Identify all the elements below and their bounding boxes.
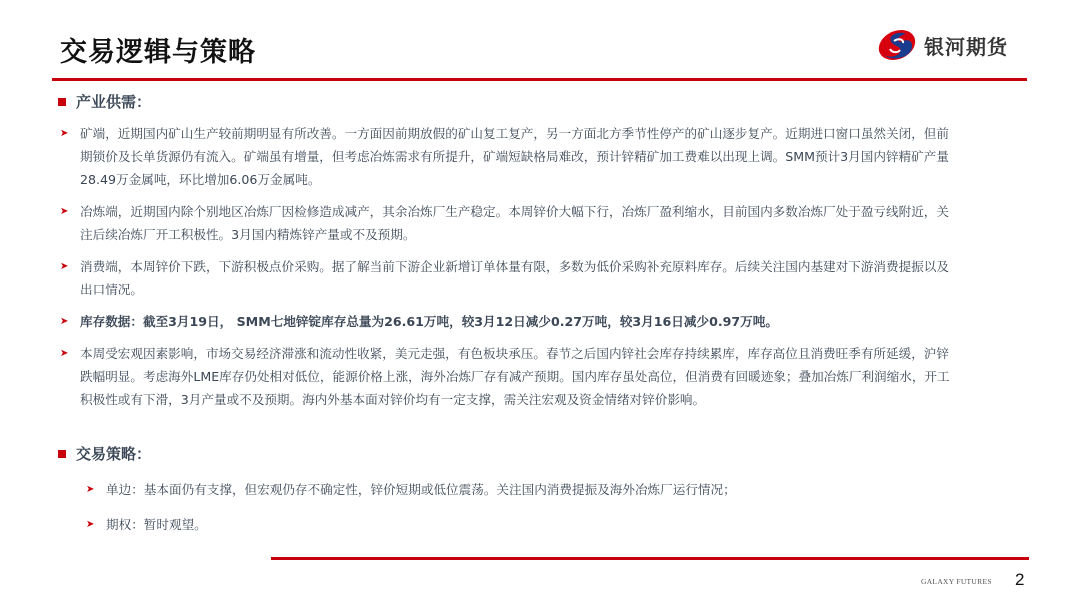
list-item-inventory: ➤ 库存数据：截至3月19日， SMM七地锌锭库存总量为26.61万吨，较3月1…	[58, 310, 1018, 333]
list-item-text: 冶炼端，近期国内除个别地区冶炼厂因检修造成减产，其余冶炼厂生产稳定。本周锌价大幅…	[80, 200, 1018, 246]
strategy-list: ➤ 单边：基本面仍有支撑，但宏观仍存不确定性，锌价短期或低位震荡。关注国内消费提…	[84, 478, 984, 548]
arrow-bullet-icon: ➤	[60, 310, 68, 333]
list-item-macro: ➤ 本周受宏观因素影响，市场交易经济滞涨和流动性收紧，美元走强，有色板块承压。春…	[58, 342, 1018, 411]
header-divider	[52, 78, 1027, 81]
square-bullet-icon	[58, 98, 66, 106]
list-item-consumption: ➤ 消费端，本周锌价下跌，下游积极点价采购。据了解当前下游企业新增订单体量有限，…	[58, 255, 1018, 301]
list-item-options: ➤ 期权：暂时观望。	[84, 513, 984, 536]
arrow-bullet-icon: ➤	[60, 255, 68, 278]
list-item-smelting: ➤ 冶炼端，近期国内除个别地区冶炼厂因检修造成减产，其余冶炼厂生产稳定。本周锌价…	[58, 200, 1018, 246]
list-item-directional: ➤ 单边：基本面仍有支撑，但宏观仍存不确定性，锌价短期或低位震荡。关注国内消费提…	[84, 478, 984, 501]
list-item-text: 单边：基本面仍有支撑，但宏观仍存不确定性，锌价短期或低位震荡。关注国内消费提振及…	[106, 478, 984, 501]
list-item-mine: ➤ 矿端，近期国内矿山生产较前期明显有所改善。一方面因前期放假的矿山复工复产，另…	[58, 122, 1018, 191]
arrow-bullet-icon: ➤	[60, 200, 68, 223]
arrow-bullet-icon: ➤	[86, 513, 94, 536]
list-item-text: 矿端，近期国内矿山生产较前期明显有所改善。一方面因前期放假的矿山复工复产，另一方…	[80, 122, 1018, 191]
company-name: 银河期货	[924, 31, 1008, 60]
section-heading-supply-demand: 产业供需：	[58, 91, 151, 112]
list-item-text: 期权：暂时观望。	[106, 513, 984, 536]
section-heading-text: 产业供需：	[76, 91, 151, 112]
supply-demand-list: ➤ 矿端，近期国内矿山生产较前期明显有所改善。一方面因前期放假的矿山复工复产，另…	[58, 122, 1018, 420]
arrow-bullet-icon: ➤	[60, 122, 68, 145]
arrow-bullet-icon: ➤	[86, 478, 94, 501]
page-number: 2	[1015, 570, 1024, 590]
page-title: 交易逻辑与策略	[60, 30, 256, 69]
list-item-text: 库存数据：截至3月19日， SMM七地锌锭库存总量为26.61万吨，较3月12日…	[80, 310, 1018, 333]
section-heading-strategy: 交易策略：	[58, 443, 151, 464]
footer-brand: GALAXY FUTURES	[921, 577, 992, 586]
section-heading-text: 交易策略：	[76, 443, 151, 464]
list-item-text: 本周受宏观因素影响，市场交易经济滞涨和流动性收紧，美元走强，有色板块承压。春节之…	[80, 342, 1018, 411]
square-bullet-icon	[58, 450, 66, 458]
footer-divider	[271, 557, 1029, 560]
arrow-bullet-icon: ➤	[60, 342, 68, 365]
galaxy-futures-logo-icon	[876, 28, 918, 62]
list-item-text: 消费端，本周锌价下跌，下游积极点价采购。据了解当前下游企业新增订单体量有限，多数…	[80, 255, 1018, 301]
company-logo: 银河期货	[876, 26, 1008, 64]
